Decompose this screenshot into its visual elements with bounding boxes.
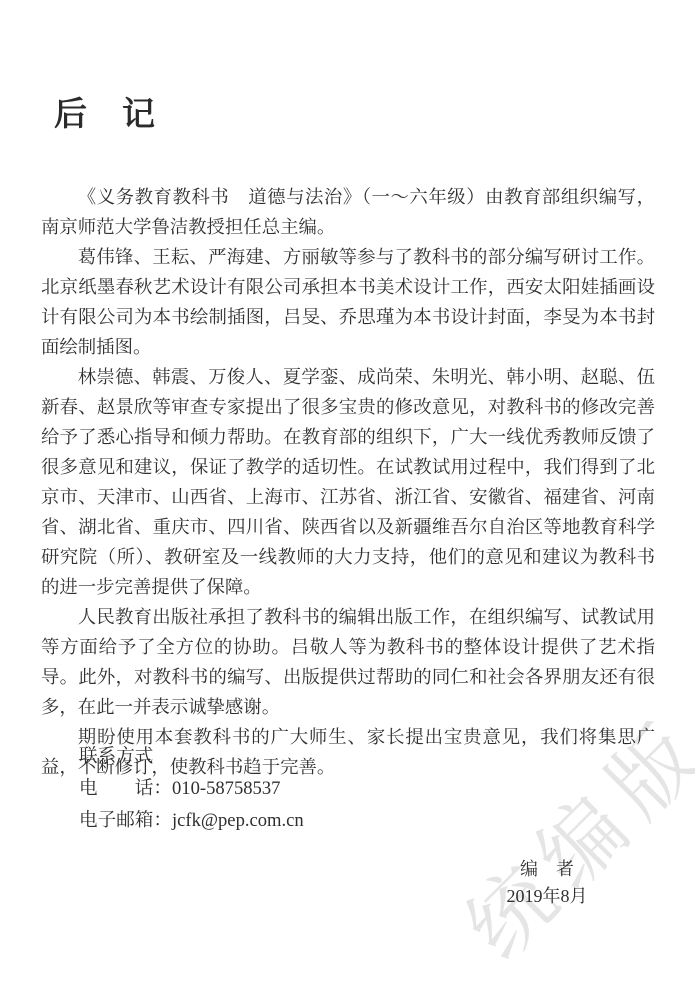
paragraph-publisher-thanks: 人民教育出版社承担了教科书的编辑出版工作，在组织编写、试教试用等方面给予了全方位… (41, 602, 655, 722)
paragraph-intro: 《义务教育教科书 道德与法治》（一～六年级）由教育部组织编写，南京师范大学鲁洁教… (41, 182, 655, 242)
paragraph-design-credits: 葛伟锋、王耘、严海建、方丽敏等参与了教科书的部分编写研讨工作。北京纸墨春秋艺术设… (41, 242, 655, 362)
page-title: 后 记 (54, 88, 156, 135)
book-page: 统编版 后 记 《义务教育教科书 道德与法治》（一～六年级）由教育部组织编写，南… (0, 0, 695, 983)
signature-author: 编 者 (490, 856, 604, 883)
paragraph-reviewers: 林崇德、韩震、万俊人、夏学銮、成尚荣、朱明光、韩小明、赵聪、伍新春、赵景欣等审查… (41, 362, 655, 602)
email-label: 电子邮箱： (79, 810, 172, 831)
email-address: jcfk@pep.com.cn (172, 810, 304, 831)
email-line: 电子邮箱：jcfk@pep.com.cn (79, 805, 304, 837)
phone-number: 010-58758537 (172, 778, 280, 799)
contact-section: 联系方式 电 话：010-58758537 电子邮箱：jcfk@pep.com.… (79, 741, 304, 837)
signature-date: 2019年8月 (490, 883, 604, 910)
afterword-body: 《义务教育教科书 道德与法治》（一～六年级）由教育部组织编写，南京师范大学鲁洁教… (41, 182, 655, 782)
signature-block: 编 者 2019年8月 (490, 856, 604, 910)
phone-label: 电 话： (79, 778, 172, 799)
contact-heading: 联系方式 (79, 741, 304, 773)
phone-line: 电 话：010-58758537 (79, 773, 304, 805)
